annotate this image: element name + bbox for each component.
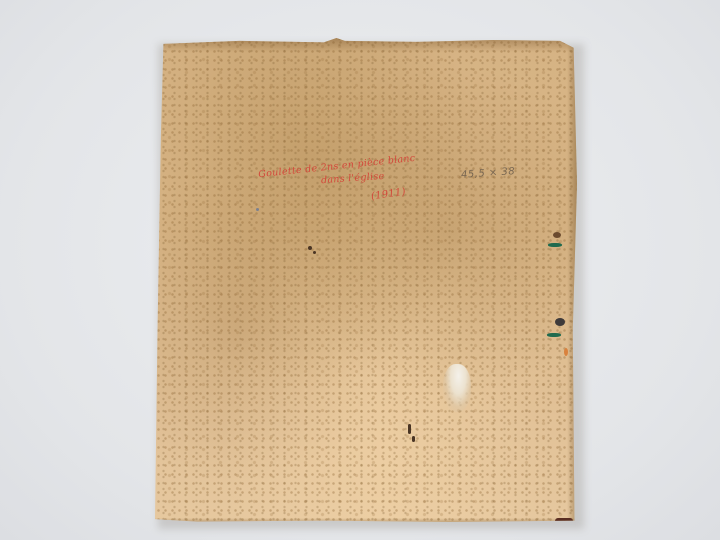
paper-sheet: Goulette de 2ns en pièce blanc dans l'ég… [155, 38, 577, 524]
brown-stain [553, 232, 561, 238]
green-paint-mark [548, 243, 562, 247]
orange-stain [564, 348, 568, 356]
ink-mark [412, 436, 415, 442]
ink-mark [408, 424, 411, 434]
abrasion-spot [443, 364, 471, 412]
brown-stain [555, 318, 565, 326]
ink-spot [256, 208, 259, 211]
green-paint-mark [547, 333, 561, 337]
ink-spot [313, 251, 316, 254]
foxing-texture [155, 38, 577, 524]
ink-spot [308, 246, 312, 250]
